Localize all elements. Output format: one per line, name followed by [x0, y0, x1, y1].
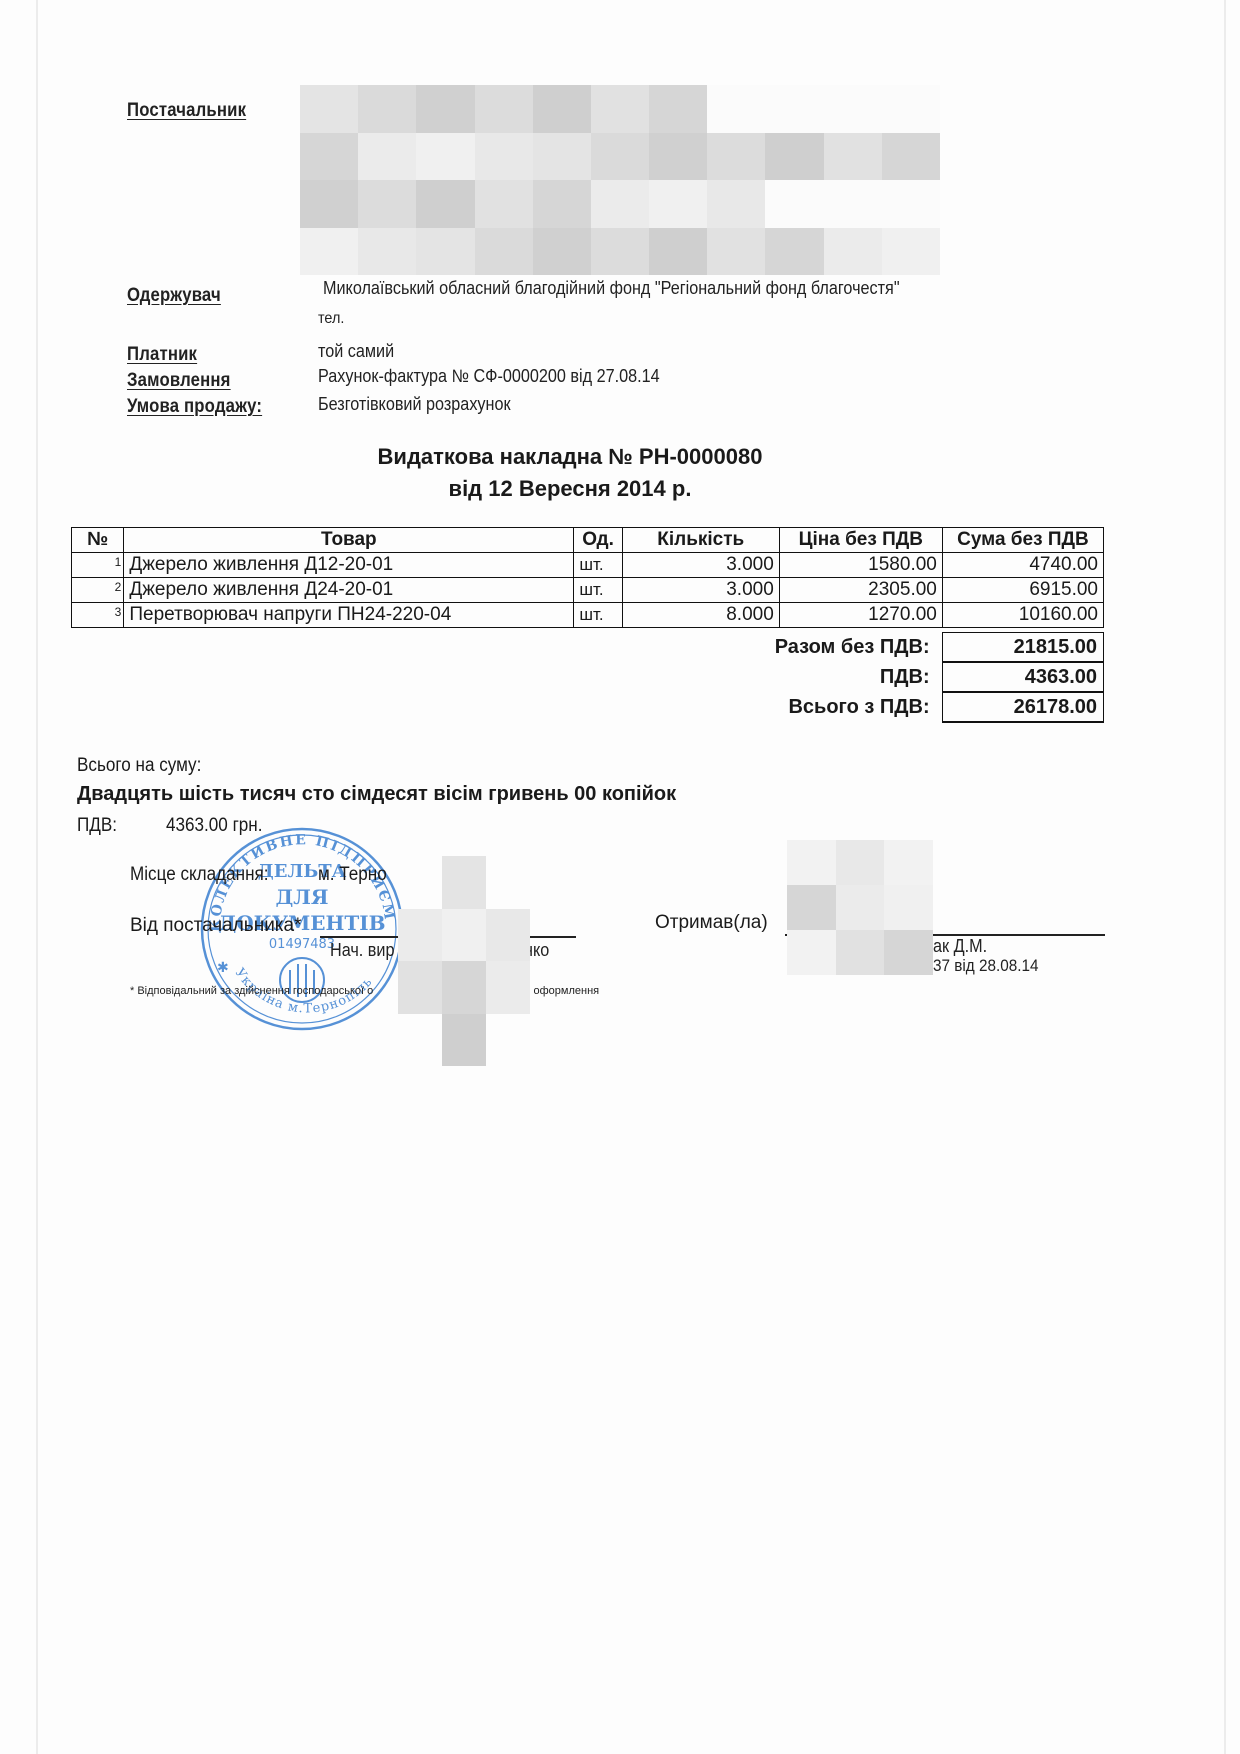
row-no: 2	[72, 578, 124, 603]
redaction-tile	[486, 961, 530, 1014]
row-qty: 8.000	[622, 603, 779, 628]
redaction-tile	[475, 133, 533, 181]
redaction-tile	[591, 180, 649, 228]
row-no: 3	[72, 603, 124, 628]
redaction-tile	[787, 885, 836, 930]
redaction-tile	[300, 85, 358, 133]
redaction-tile	[398, 961, 442, 1014]
from-supplier-label: Від постачальника*	[130, 915, 302, 937]
row-unit: шт.	[574, 578, 622, 603]
col-header-qty: Кількість	[622, 528, 779, 553]
redaction-tile	[358, 133, 416, 181]
footnote-1: * Відповідальний за здійснення господарс…	[130, 985, 373, 997]
redaction-tile	[765, 133, 823, 181]
col-header-price: Ціна без ПДВ	[779, 528, 942, 553]
table-header-row: № Товар Од. Кількість Ціна без ПДВ Сума …	[72, 528, 1104, 553]
col-header-unit: Од.	[574, 528, 622, 553]
redaction-tile	[475, 180, 533, 228]
supplier-signer-1: Нач. вир	[330, 940, 394, 961]
subtotal-value: 21815.00	[942, 632, 1104, 662]
row-sum: 4740.00	[942, 553, 1103, 578]
redaction-tile	[707, 85, 765, 133]
document-title: Видаткова накладна № РН-0000080	[270, 444, 870, 470]
supplier-label: Постачальник	[127, 100, 246, 122]
redaction-tile	[765, 85, 823, 133]
redaction-tile	[882, 228, 940, 276]
redaction-tile	[416, 180, 474, 228]
redaction-tile	[884, 840, 933, 885]
terms-label: Умова продажу:	[127, 396, 262, 418]
redaction-tile	[836, 930, 885, 975]
redaction-tile	[884, 930, 933, 975]
recipient-label: Одержувач	[127, 285, 221, 307]
redaction-tile	[824, 85, 882, 133]
redaction-tile	[707, 180, 765, 228]
sum-in-words: Двадцять шість тисяч сто сімдесят вісім …	[77, 783, 676, 806]
redaction-tile	[533, 228, 591, 276]
redaction-tile	[442, 1014, 486, 1067]
redaction-tile	[398, 909, 442, 962]
redaction-tile	[591, 228, 649, 276]
redaction-tile	[765, 228, 823, 276]
payer-value: той самий	[318, 341, 394, 362]
recipient-value: Миколаївський обласний благодійний фонд …	[323, 278, 900, 299]
redaction-tile	[787, 840, 836, 885]
payer-label: Платник	[127, 344, 197, 366]
row-sum: 10160.00	[942, 603, 1103, 628]
redaction-tile	[824, 228, 882, 276]
row-unit: шт.	[574, 553, 622, 578]
redaction-tile	[358, 228, 416, 276]
row-sum: 6915.00	[942, 578, 1103, 603]
receiver-name: ак Д.М.	[933, 936, 987, 957]
redaction-tile	[358, 85, 416, 133]
redaction-tile	[486, 856, 530, 909]
table-row: 1 Джерело живлення Д12-20-01 шт. 3.000 1…	[72, 553, 1104, 578]
row-price: 1270.00	[779, 603, 942, 628]
page-edge-left	[36, 0, 38, 1754]
place-label: Місце складання:	[130, 864, 269, 886]
redaction-tile	[882, 133, 940, 181]
vat-value: 4363.00	[942, 662, 1104, 692]
redaction-tile	[300, 180, 358, 228]
redaction-tile	[442, 909, 486, 962]
document-date: від 12 Вересня 2014 р.	[270, 476, 870, 502]
totals-block: Разом без ПДВ: 21815.00 ПДВ: 4363.00 Всь…	[700, 632, 1104, 722]
total-row: Всього з ПДВ: 26178.00	[700, 692, 1104, 722]
supplier-redacted-block	[300, 85, 940, 275]
redaction-tile	[836, 885, 885, 930]
terms-value: Безготівковий розрахунок	[318, 394, 511, 415]
supplier-signature-redacted	[398, 856, 530, 1066]
redaction-tile	[707, 133, 765, 181]
order-value: Рахунок-фактура № СФ-0000200 від 27.08.1…	[318, 366, 660, 387]
col-header-item: Товар	[124, 528, 574, 553]
redaction-tile	[707, 228, 765, 276]
redaction-tile	[486, 1014, 530, 1067]
row-no: 1	[72, 553, 124, 578]
table-row: 3 Перетворювач напруги ПН24-220-04 шт. 8…	[72, 603, 1104, 628]
total-label: Всього з ПДВ:	[700, 696, 942, 719]
vat-label: ПДВ:	[700, 666, 942, 689]
redaction-tile	[533, 133, 591, 181]
row-item: Перетворювач напруги ПН24-220-04	[124, 603, 574, 628]
footnote-2: і оформлення	[528, 985, 599, 997]
row-price: 2305.00	[779, 578, 942, 603]
redaction-tile	[358, 180, 416, 228]
redaction-tile	[836, 840, 885, 885]
vat-row: ПДВ: 4363.00	[700, 662, 1104, 692]
received-label: Отримав(ла)	[655, 912, 768, 934]
redaction-tile	[649, 228, 707, 276]
redaction-tile	[533, 180, 591, 228]
redaction-tile	[884, 885, 933, 930]
redaction-tile	[442, 856, 486, 909]
page-edge-right	[1224, 0, 1226, 1754]
redaction-tile	[300, 228, 358, 276]
sum-label: Всього на суму:	[77, 755, 201, 777]
summary-vat-label: ПДВ:	[77, 815, 117, 837]
redaction-tile	[416, 85, 474, 133]
items-table: № Товар Од. Кількість Ціна без ПДВ Сума …	[71, 527, 1104, 628]
place-value: м. Терно	[318, 864, 387, 886]
row-item: Джерело живлення Д24-20-01	[124, 578, 574, 603]
recipient-phone: тел.	[318, 310, 344, 328]
redaction-tile	[416, 228, 474, 276]
order-label: Замовлення	[127, 370, 231, 392]
row-qty: 3.000	[622, 578, 779, 603]
redaction-tile	[649, 133, 707, 181]
table-row: 2 Джерело живлення Д24-20-01 шт. 3.000 2…	[72, 578, 1104, 603]
redaction-tile	[398, 856, 442, 909]
row-unit: шт.	[574, 603, 622, 628]
redaction-tile	[649, 180, 707, 228]
total-value: 26178.00	[942, 692, 1104, 723]
redaction-tile	[824, 133, 882, 181]
redaction-tile	[416, 133, 474, 181]
redaction-tile	[591, 85, 649, 133]
receiver-signature-redacted	[787, 840, 933, 975]
col-header-no: №	[72, 528, 124, 553]
redaction-tile	[398, 1014, 442, 1067]
row-qty: 3.000	[622, 553, 779, 578]
redaction-tile	[475, 228, 533, 276]
redaction-tile	[787, 930, 836, 975]
stamp-code: 01497483	[269, 937, 335, 952]
redaction-tile	[882, 180, 940, 228]
redaction-tile	[533, 85, 591, 133]
redaction-tile	[765, 180, 823, 228]
row-item: Джерело живлення Д12-20-01	[124, 553, 574, 578]
redaction-tile	[486, 909, 530, 962]
redaction-tile	[649, 85, 707, 133]
redaction-tile	[475, 85, 533, 133]
redaction-tile	[591, 133, 649, 181]
stamp-star-icon: ✱	[217, 959, 229, 975]
stamp-line-1: ДЛЯ	[275, 885, 328, 909]
receiver-doc: 37 від 28.08.14	[933, 956, 1039, 976]
redaction-tile	[300, 133, 358, 181]
subtotal-label: Разом без ПДВ:	[700, 636, 942, 659]
col-header-sum: Сума без ПДВ	[942, 528, 1103, 553]
subtotal-row: Разом без ПДВ: 21815.00	[700, 632, 1104, 662]
redaction-tile	[882, 85, 940, 133]
redaction-tile	[442, 961, 486, 1014]
row-price: 1580.00	[779, 553, 942, 578]
redaction-tile	[824, 180, 882, 228]
